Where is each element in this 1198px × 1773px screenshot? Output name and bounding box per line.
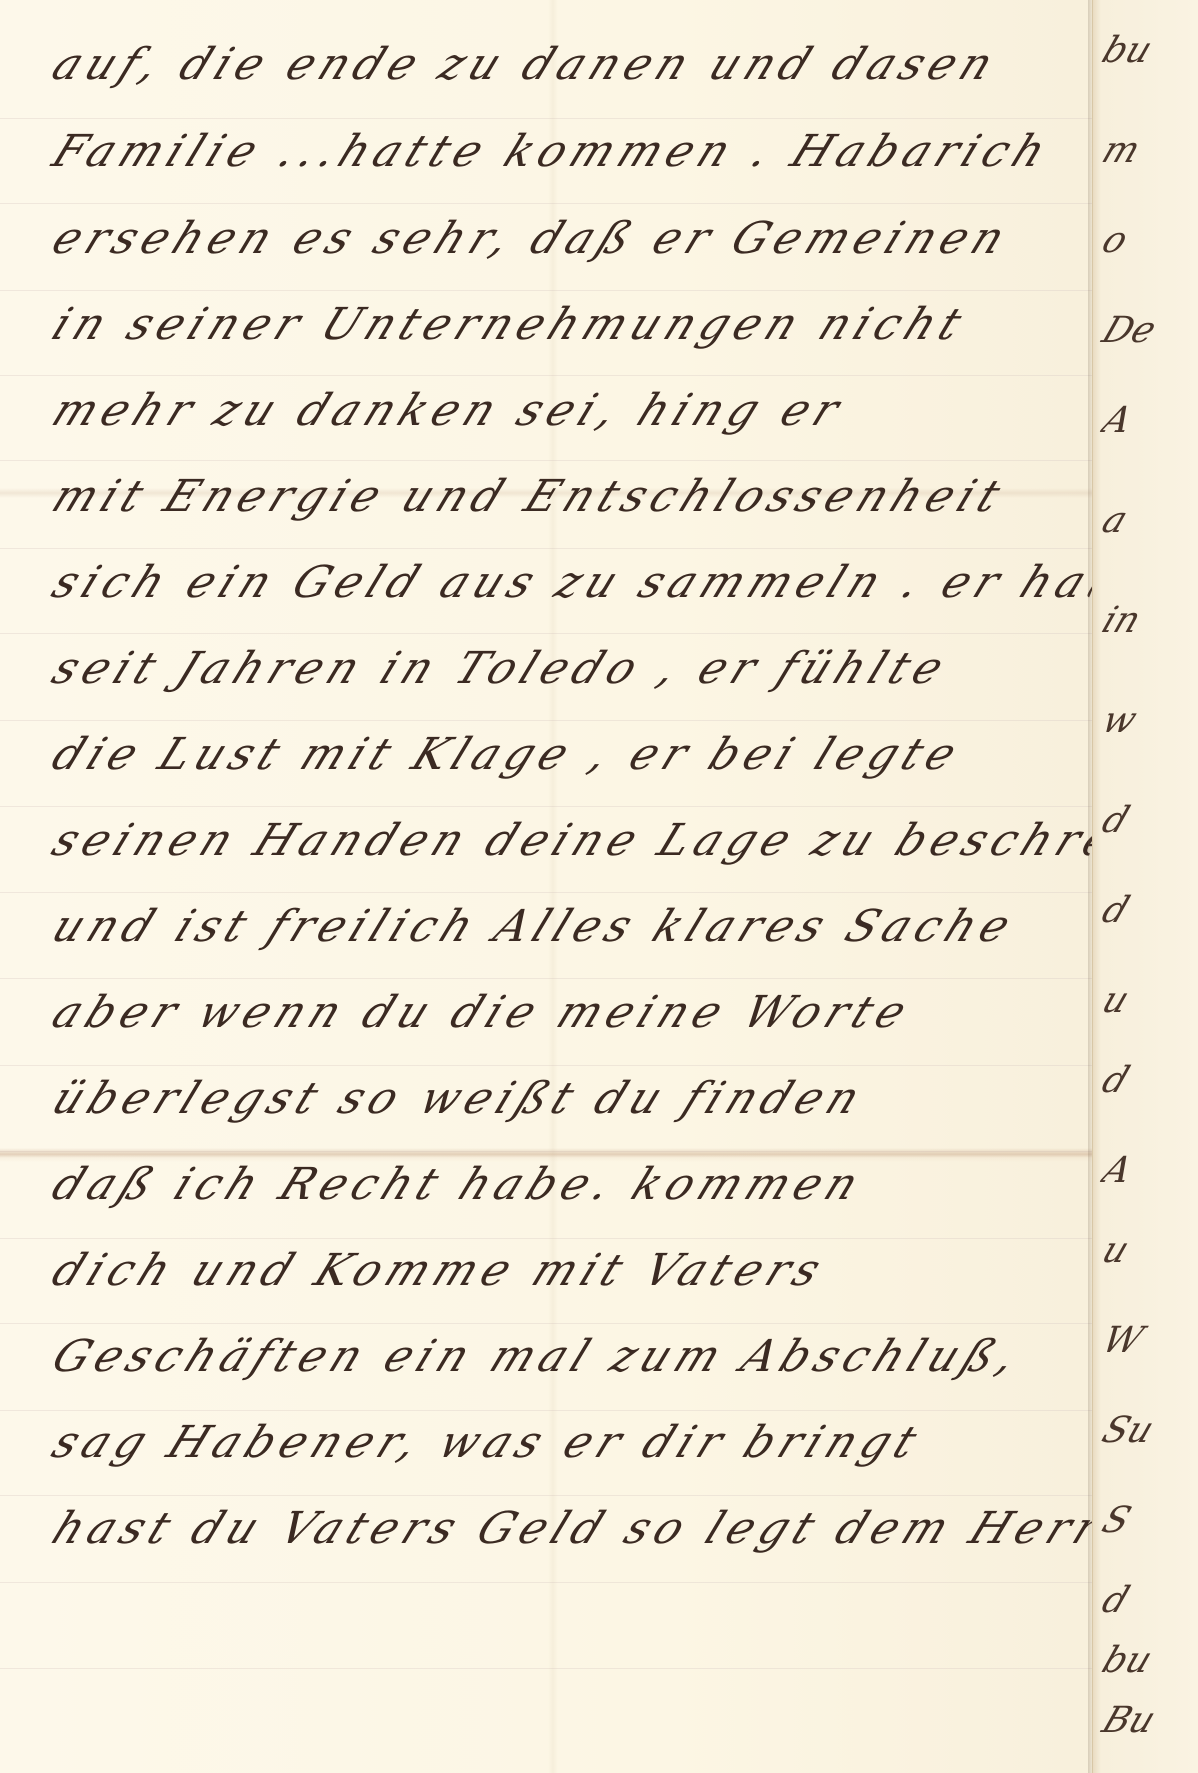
- handwritten-line: Familie ...hatte kommen . Habarich: [40, 115, 1110, 189]
- handwritten-line: und ist freilich Alles klares Sache: [40, 890, 1110, 964]
- adjacent-page-fragment: w: [1097, 700, 1198, 741]
- adjacent-page-fragment: bu: [1097, 30, 1198, 71]
- handwritten-line: die Lust mit Klage , er bei legte: [40, 718, 1110, 792]
- adjacent-page-fragment: d: [1097, 890, 1198, 931]
- adjacent-page-fragment: a: [1097, 500, 1198, 541]
- adjacent-page-fragment: u: [1097, 1230, 1198, 1271]
- adjacent-page-fragment: A: [1097, 400, 1198, 441]
- adjacent-page-fragment: d: [1097, 800, 1198, 841]
- handwritten-line: auf, die ende zu danen und dasen: [40, 28, 1110, 102]
- adjacent-page-fragment: m: [1097, 130, 1198, 171]
- adjacent-page-fragment: S: [1097, 1500, 1198, 1541]
- handwritten-line: Geschäften ein mal zum Abschluß,: [40, 1320, 1110, 1394]
- ruled-line: [0, 1582, 1092, 1583]
- handwritten-line: seinen Handen deine Lage zu beschreiben: [40, 804, 1110, 878]
- handwritten-line: seit Jahren in Toledo , er fühlte: [40, 632, 1110, 706]
- handwritten-line: mehr zu danken sei, hing er: [40, 374, 1110, 448]
- adjacent-page-fragment: De: [1097, 310, 1198, 351]
- adjacent-page-fragment: d: [1097, 1580, 1198, 1621]
- ruled-line: [0, 1668, 1092, 1669]
- handwritten-line: sag Habener, was er dir bringt: [40, 1406, 1110, 1480]
- adjacent-page-fragment: Bu: [1097, 1700, 1198, 1741]
- letter-page: auf, die ende zu danen und dasen Familie…: [0, 0, 1092, 1773]
- adjacent-page-fragment: in: [1097, 600, 1198, 641]
- adjacent-page-fragment: u: [1097, 980, 1198, 1021]
- handwritten-line: überlegst so weißt du finden: [40, 1062, 1110, 1136]
- handwritten-line: mit Energie und Entschlossenheit: [40, 460, 1110, 534]
- handwritten-line: daß ich Recht habe. kommen: [40, 1148, 1110, 1222]
- handwritten-line: ersehen es sehr, daß er Gemeinen: [40, 202, 1110, 276]
- adjacent-page-fragment: Su: [1097, 1410, 1198, 1451]
- adjacent-page-fragment: d: [1097, 1060, 1198, 1101]
- handwritten-line: hast du Vaters Geld so legt dem Herrn: [40, 1492, 1110, 1566]
- adjacent-page-fragment: W: [1097, 1320, 1198, 1361]
- adjacent-page-fragment: A: [1097, 1150, 1198, 1191]
- adjacent-page-fragment: bu: [1097, 1640, 1198, 1681]
- adjacent-page-fragment: o: [1097, 220, 1198, 261]
- handwritten-line: sich ein Geld aus zu sammeln . er hatte: [40, 546, 1110, 620]
- handwritten-line: dich und Komme mit Vaters: [40, 1234, 1110, 1308]
- handwritten-line: in seiner Unternehmungen nicht: [40, 288, 1110, 362]
- handwritten-line: aber wenn du die meine Worte: [40, 976, 1110, 1050]
